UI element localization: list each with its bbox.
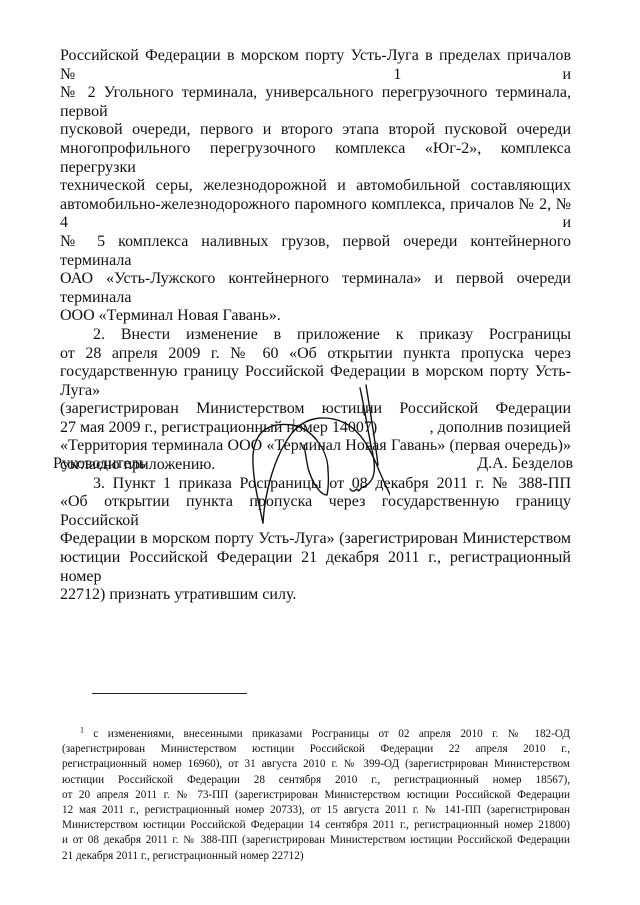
footnote-marker: 1 xyxy=(80,725,84,734)
text-line: № 5 комплекса наливных грузов, первой оч… xyxy=(60,233,571,270)
paragraph-continuation: Российской Федерации в морском порту Уст… xyxy=(60,47,571,326)
text-segment: , дополнив позицией xyxy=(430,419,571,438)
footnote-line: Министерством юстиции Российской Федерац… xyxy=(62,818,570,833)
footnote-line: регистрационный номер 16960), от 31 авгу… xyxy=(62,757,570,772)
text-line: пусковой очереди, первого и второго этап… xyxy=(60,121,571,140)
footnote: 1 с изменениями, внесенными приказами Ро… xyxy=(62,727,570,864)
footnote-line: 12 мая 2011 г., регистрационный номер 20… xyxy=(62,803,570,818)
text-line: юстиции Российской Федерации 21 декабря … xyxy=(60,549,571,586)
text-line: ОАО «Усть-Лужского контейнерного термина… xyxy=(60,270,571,307)
text-line: Федерации в морском порту Усть-Луга» (за… xyxy=(60,530,571,549)
text-line: ООО «Терминал Новая Гавань». xyxy=(60,307,571,326)
signer-name: Д.А. Безделов xyxy=(477,455,573,473)
text-line: 2. Внести изменение в приложение к прика… xyxy=(60,326,571,345)
footnote-separator xyxy=(92,693,247,694)
footnote-line: (зарегистрирован Министерством юстиции Р… xyxy=(62,742,570,757)
text-line: автомобильно-железнодорожного паромного … xyxy=(60,196,571,233)
document-page: Российской Федерации в морском порту Уст… xyxy=(0,0,640,905)
text-line: 22712) признать утратившим силу. xyxy=(60,586,571,605)
footnote-line: юстиции Российской Федерации 28 сентября… xyxy=(62,773,570,788)
footnote-line: 1 с изменениями, внесенными приказами Ро… xyxy=(62,727,570,742)
footnote-line: и от 08 декабря 2011 г. № 388-ПП (зареги… xyxy=(62,833,570,848)
text-line: № 2 Угольного терминала, универсального … xyxy=(60,84,571,121)
footnote-line: от 20 апреля 2011 г. № 73-ПП (зарегистри… xyxy=(62,788,570,803)
footnote-line: 21 декабря 2011 г., регистрационный номе… xyxy=(62,849,570,864)
signer-role: Руководитель xyxy=(53,455,146,473)
text-line: Российской Федерации в морском порту Уст… xyxy=(60,47,571,84)
text-line: технической серы, железнодорожной и авто… xyxy=(60,177,571,196)
text-line: от 28 апреля 2009 г. № 60 «Об открытии п… xyxy=(60,345,571,364)
handwritten-signature-icon xyxy=(230,370,390,530)
text-line: многопрофильного перегрузочного комплекс… xyxy=(60,140,571,177)
